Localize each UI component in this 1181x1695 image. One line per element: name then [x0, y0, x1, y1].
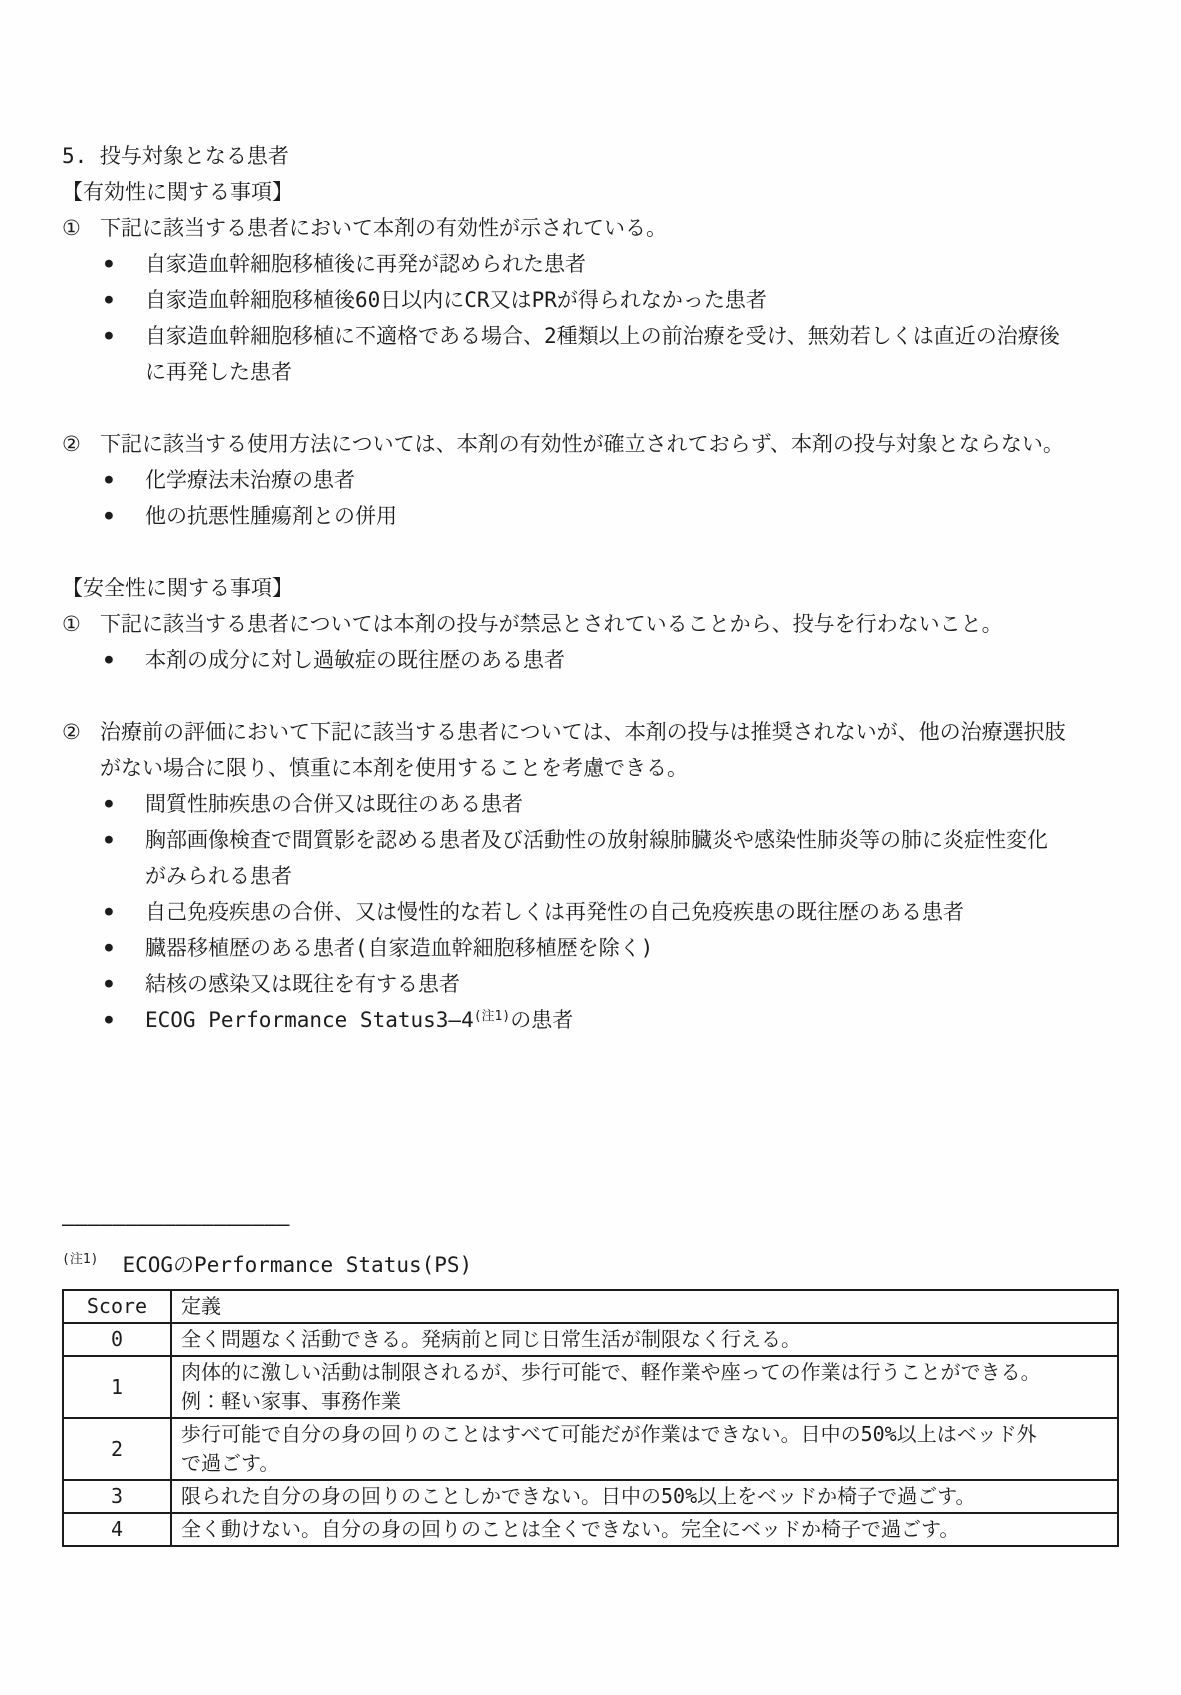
bullet-marker-icon: ● [105, 246, 145, 282]
bullet-text: 自家造血幹細胞移植に不適格である場合、2種類以上の前治療を受け、無効若しくは直近… [145, 318, 1063, 390]
bullet-text: 自己免疫疾患の合併、又は慢性的な若しくは再発性の自己免疫疾患の既往歴のある患者 [145, 894, 964, 930]
bullet-list: ●化学療法未治療の患者●他の抗悪性腫瘍剤との併用 [62, 462, 1119, 534]
numbered-item-main: ①下記に該当する患者において本剤の有効性が示されている。 [62, 210, 1119, 246]
bullet-text: 自家造血幹細胞移植後60日以内にCR又はPRが得られなかった患者 [145, 282, 767, 318]
bullet-item: ●自己免疫疾患の合併、又は慢性的な若しくは再発性の自己免疫疾患の既往歴のある患者 [62, 894, 1119, 930]
item-number: ① [62, 606, 100, 642]
bullet-text: 臓器移植歴のある患者(自家造血幹細胞移植歴を除く) [145, 930, 653, 966]
definition-cell: 全く動けない。自分の身の回りのことは全くできない。完全にベッドか椅子で過ごす。 [171, 1513, 1118, 1546]
bullet-marker-icon: ● [105, 462, 145, 498]
bullet-text: 結核の感染又は既往を有する患者 [145, 966, 460, 1002]
bullet-list: ●自家造血幹細胞移植後に再発が認められた患者●自家造血幹細胞移植後60日以内にC… [62, 246, 1119, 390]
bullet-text: 胸部画像検査で間質影を認める患者及び活動性の放射線肺臓炎や感染性肺炎等の肺に炎症… [145, 822, 1063, 894]
bullet-marker-icon: ● [105, 822, 145, 858]
efficacy-item-list: ①下記に該当する患者において本剤の有効性が示されている。●自家造血幹細胞移植後に… [62, 210, 1119, 534]
item-number: ② [62, 426, 100, 462]
item-text: 治療前の評価において下記に該当する患者については、本剤の投与は推奨されないが、他… [100, 714, 1070, 786]
footnote-divider: —————————————————— [62, 1206, 292, 1242]
table-header-score: Score [63, 1290, 171, 1323]
item-number: ① [62, 210, 100, 246]
footnote-ref: (注1) [474, 1009, 510, 1024]
bullet-item: ●臓器移植歴のある患者(自家造血幹細胞移植歴を除く) [62, 930, 1119, 966]
section-title: 5. 投与対象となる患者 [62, 138, 1119, 174]
score-cell: 4 [63, 1513, 171, 1546]
definition-cell: 肉体的に激しい活動は制限されるが、歩行可能で、軽作業や座っての作業は行うことがで… [171, 1356, 1118, 1418]
table-row: 4全く動けない。自分の身の回りのことは全くできない。完全にベッドか椅子で過ごす。 [63, 1513, 1118, 1546]
bullet-item: ●胸部画像検査で間質影を認める患者及び活動性の放射線肺臓炎や感染性肺炎等の肺に炎… [62, 822, 1119, 894]
bullet-text: ECOG Performance Status3—4(注1)の患者 [145, 1002, 573, 1038]
efficacy-heading: 【有効性に関する事項】 [62, 174, 1119, 210]
bullet-item: ●ECOG Performance Status3—4(注1)の患者 [62, 1002, 1119, 1038]
safety-heading: 【安全性に関する事項】 [62, 570, 1119, 606]
item-number: ② [62, 714, 100, 750]
footnote-title-text: ECOGのPerformance Status(PS) [122, 1253, 472, 1277]
bullet-marker-icon: ● [105, 498, 145, 534]
numbered-item: ②下記に該当する使用方法については、本剤の有効性が確立されておらず、本剤の投与対… [62, 426, 1119, 534]
bullet-text: 自家造血幹細胞移植後に再発が認められた患者 [145, 246, 586, 282]
bullet-item: ●他の抗悪性腫瘍剤との併用 [62, 498, 1119, 534]
numbered-item: ②治療前の評価において下記に該当する患者については、本剤の投与は推奨されないが、… [62, 714, 1119, 1038]
bullet-marker-icon: ● [105, 966, 145, 1002]
numbered-item-main: ②下記に該当する使用方法については、本剤の有効性が確立されておらず、本剤の投与対… [62, 426, 1119, 462]
bullet-item: ●化学療法未治療の患者 [62, 462, 1119, 498]
bullet-item: ●自家造血幹細胞移植後に再発が認められた患者 [62, 246, 1119, 282]
bullet-marker-icon: ● [105, 786, 145, 822]
bullet-list: ●間質性肺疾患の合併又は既往のある患者●胸部画像検査で間質影を認める患者及び活動… [62, 786, 1119, 1038]
table-header-definition: 定義 [171, 1290, 1118, 1323]
score-cell: 3 [63, 1480, 171, 1513]
definition-cell: 全く問題なく活動できる。発病前と同じ日常生活が制限なく行える。 [171, 1323, 1118, 1356]
score-cell: 0 [63, 1323, 171, 1356]
safety-item-list: ①下記に該当する患者については本剤の投与が禁忌とされていることから、投与を行わな… [62, 606, 1119, 1038]
bullet-item: ●本剤の成分に対し過敏症の既往歴のある患者 [62, 642, 1119, 678]
bullet-marker-icon: ● [105, 894, 145, 930]
table-row: 2歩行可能で自分の身の回りのことはすべて可能だが作業はできない。日中の50%以上… [63, 1418, 1118, 1480]
bullet-list: ●本剤の成分に対し過敏症の既往歴のある患者 [62, 642, 1119, 678]
bullet-item: ●結核の感染又は既往を有する患者 [62, 966, 1119, 1002]
score-cell: 2 [63, 1418, 171, 1480]
bullet-text: 本剤の成分に対し過敏症の既往歴のある患者 [145, 642, 565, 678]
bullet-marker-icon: ● [105, 318, 145, 354]
ecog-ps-table: Score 定義 0全く問題なく活動できる。発病前と同じ日常生活が制限なく行える… [62, 1289, 1119, 1547]
bullet-text: 他の抗悪性腫瘍剤との併用 [145, 498, 397, 534]
footnote-title: (注1)ECOGのPerformance Status(PS) [62, 1242, 1119, 1283]
bullet-item: ●自家造血幹細胞移植に不適格である場合、2種類以上の前治療を受け、無効若しくは直… [62, 318, 1119, 390]
bullet-text: 化学療法未治療の患者 [145, 462, 355, 498]
bullet-marker-icon: ● [105, 282, 145, 318]
bullet-text: 間質性肺疾患の合併又は既往のある患者 [145, 786, 523, 822]
table-row: 1肉体的に激しい活動は制限されるが、歩行可能で、軽作業や座っての作業は行うことが… [63, 1356, 1118, 1418]
bullet-marker-icon: ● [105, 1002, 145, 1038]
footnote-marker: (注1) [62, 1252, 98, 1267]
definition-cell: 歩行可能で自分の身の回りのことはすべて可能だが作業はできない。日中の50%以上は… [171, 1418, 1118, 1480]
numbered-item: ①下記に該当する患者において本剤の有効性が示されている。●自家造血幹細胞移植後に… [62, 210, 1119, 390]
table-row: 3限られた自分の身の回りのことしかできない。日中の50%以上をベッドか椅子で過ご… [63, 1480, 1118, 1513]
document-page: 5. 投与対象となる患者 【有効性に関する事項】 ①下記に該当する患者において本… [0, 0, 1181, 1695]
numbered-item: ①下記に該当する患者については本剤の投与が禁忌とされていることから、投与を行わな… [62, 606, 1119, 678]
item-text: 下記に該当する患者において本剤の有効性が示されている。 [100, 210, 667, 246]
item-text: 下記に該当する使用方法については、本剤の有効性が確立されておらず、本剤の投与対象… [100, 426, 1064, 462]
bullet-marker-icon: ● [105, 930, 145, 966]
bullet-item: ●間質性肺疾患の合併又は既往のある患者 [62, 786, 1119, 822]
table-header-row: Score 定義 [63, 1290, 1118, 1323]
bullet-item: ●自家造血幹細胞移植後60日以内にCR又はPRが得られなかった患者 [62, 282, 1119, 318]
score-cell: 1 [63, 1356, 171, 1418]
bullet-marker-icon: ● [105, 642, 145, 678]
table-row: 0全く問題なく活動できる。発病前と同じ日常生活が制限なく行える。 [63, 1323, 1118, 1356]
item-text: 下記に該当する患者については本剤の投与が禁忌とされていることから、投与を行わない… [100, 606, 1003, 642]
numbered-item-main: ②治療前の評価において下記に該当する患者については、本剤の投与は推奨されないが、… [62, 714, 1119, 786]
definition-cell: 限られた自分の身の回りのことしかできない。日中の50%以上をベッドか椅子で過ごす… [171, 1480, 1118, 1513]
numbered-item-main: ①下記に該当する患者については本剤の投与が禁忌とされていることから、投与を行わな… [62, 606, 1119, 642]
